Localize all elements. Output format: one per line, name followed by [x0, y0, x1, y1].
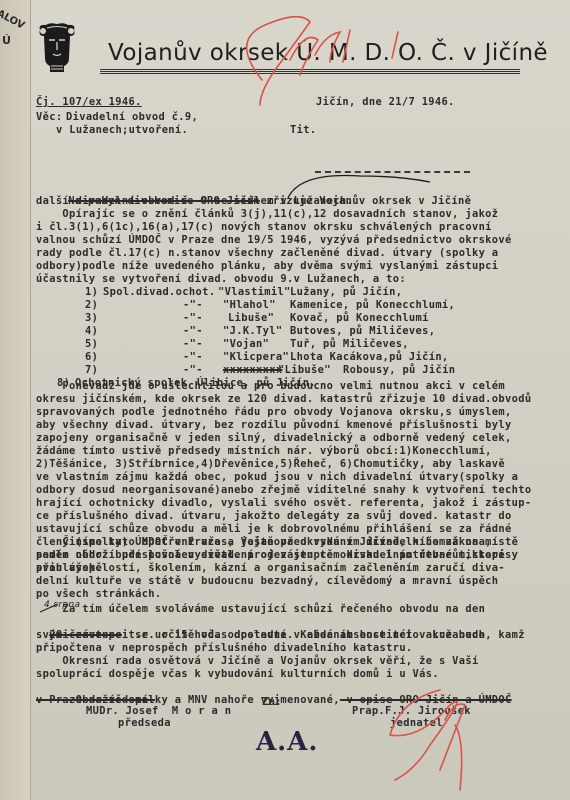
- body-line: Opírajíc se o znění článků 3(j),11(c),12…: [36, 208, 512, 221]
- body-line: delní kultuře ve státě v budoucnu bezvad…: [36, 575, 505, 588]
- salutation: Tit.: [290, 124, 316, 137]
- body-line: žádáme tímto ustivě předsedy místních ná…: [36, 445, 531, 458]
- body-line: spravovaných podle jednotného řádu pro o…: [36, 406, 531, 419]
- subject-line: Divadelní obvod č.9,: [66, 111, 198, 124]
- body-line: Činíme tato opatření včas, ještě před vy…: [36, 536, 505, 549]
- place-date: Jičín, dne 21/7 1946.: [316, 96, 455, 109]
- body-line: podle něhož bude povolen divad. projev j…: [36, 549, 505, 562]
- subject-label: Věc:: [36, 111, 62, 124]
- subject-line: v Lužanech;utvoření.: [56, 124, 188, 137]
- initials-stamp: A.A.: [256, 727, 318, 757]
- list-item: 7) -"- xxxxxxxxx "Libuše" Robousy, pů Ji…: [85, 364, 505, 377]
- list-item: 6) -"- "Klicpera" Lhota Kacákova,pů Jičí…: [85, 351, 505, 364]
- paragraph-6: Okresní rada osvětová v Jičíně a Vojanův…: [36, 655, 479, 681]
- body-line: zapojeny organisačně v jeden silný, diva…: [36, 432, 531, 445]
- list-item: 5) -"- "Vojan" Tuř, pů Miličeves,: [85, 338, 505, 351]
- body-line: svou vyspělostí, školením, kázní a organ…: [36, 562, 505, 575]
- struck-text: xxxxxxxxx: [223, 364, 282, 377]
- paragraph-2: Opírajíc se o znění článků 3(j),11(c),12…: [36, 208, 512, 286]
- body-line: odbory)podle níže uvedeného plánku, aby …: [36, 260, 512, 273]
- paragraph-4: Činíme tato opatření včas, ještě před vy…: [36, 536, 505, 601]
- separator-rule: [315, 171, 470, 173]
- society-list: 1) Spol.divad.ochot. "Vlastimil" Lužany,…: [85, 286, 505, 390]
- paragraph-1-line: další divadelní obvod č. 9 se sídlem v L…: [36, 195, 353, 208]
- letterhead-rule: [100, 73, 520, 74]
- body-line: svými zástupci se určitě včas dostavte. …: [36, 629, 485, 642]
- body-line: valnou schůzí ÚMDOČ v Praze dne 19/5 194…: [36, 234, 512, 247]
- previous-page-edge: ALOV Ú: [0, 0, 31, 800]
- body-line: ve vlastním zájmu každá obec, pokud jsou…: [36, 471, 531, 484]
- list-item: 4) -"- "J.K.Tyl" Butoves, pů Miličeves,: [85, 325, 505, 338]
- body-line: 2)Těšánice, 3)Stříbrnice,4)Dřevěnice,5)Ř…: [36, 458, 531, 471]
- body-line: Za tím účelem svoláváme ustavující schůz…: [36, 603, 485, 616]
- previous-page-text: ALOV: [0, 8, 26, 32]
- body-line: i čl.3(1),6(1c),16(a),17(c) nových stano…: [36, 221, 512, 234]
- body-line: spoluprácí dospěje včas k vybudování kul…: [36, 668, 479, 681]
- paragraph-5: svými zástupci se určitě včas dostavte. …: [36, 629, 485, 655]
- body-line: rady podle čl.17(c) n.stanov všechny zač…: [36, 247, 512, 260]
- signatory-right-role: jednatel: [390, 717, 443, 730]
- signatory-left-role: předseda: [118, 717, 171, 730]
- body-line: odbory dosud neorganisované)anebo zřejmě…: [36, 484, 531, 497]
- letterhead-rule: [100, 71, 520, 72]
- body-line: hrající ochotnicky divadlo, vyslali svéh…: [36, 497, 531, 510]
- reference-number: Čj. 107/ex 1946.: [36, 96, 142, 109]
- list-item: 1) Spol.divad.ochot. "Vlastimil" Lužany,…: [85, 286, 505, 299]
- for-label: Za:: [262, 696, 282, 709]
- previous-page-text: Ú: [2, 34, 11, 47]
- body-line: aby všechny divad. útvary, bez rozdílu p…: [36, 419, 531, 432]
- body-line: ustavující schůze obvodu a měli je k dob…: [36, 523, 531, 536]
- body-line: Poněvadž jde o ušlechtilou a pro budoucn…: [36, 380, 531, 393]
- body-line: Okresní rada osvětová v Jičíně a Vojanův…: [36, 655, 479, 668]
- body-line: po všech stránkách.: [36, 588, 505, 601]
- body-line: ce příslušného divad. útvaru, jakožto de…: [36, 510, 531, 523]
- list-item: 2) -"- "Hlahol" Kamenice, pů Konecchlumí…: [85, 299, 505, 312]
- body-line: účastnily se vytvoření divad. obvodu 9.v…: [36, 273, 512, 286]
- theatre-mask-emblem-icon: [36, 22, 78, 74]
- body-line: okresu jičínském, kde okrsek ze 120 diva…: [36, 393, 531, 406]
- body-line: připočtena v neprospěch příslušného diva…: [36, 642, 485, 655]
- letterhead-rule: [100, 69, 520, 70]
- list-item: 3) -"- Libuše" Kovač, pů Konecchlumí: [85, 312, 505, 325]
- letterhead-title: Vojanův okrsek Ú. M. D. O. Č. v Jičíně: [108, 40, 548, 66]
